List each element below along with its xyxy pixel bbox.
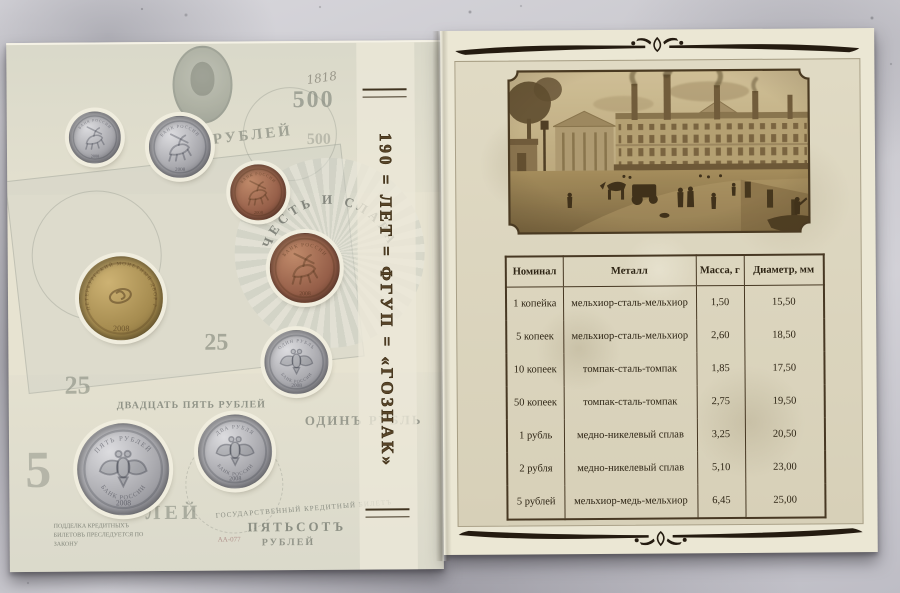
spec-table-row: 5 рублеймельхиор-медь-мельхиор6,4525,00 xyxy=(507,483,825,519)
spec-table-cell: 1,50 xyxy=(696,285,744,319)
engraving-scene xyxy=(502,66,815,236)
spec-table-row: 10 копеектомпак-сталь-томпак1,8517,50 xyxy=(506,351,824,386)
spec-table-cell: 10 копеек xyxy=(506,353,563,386)
coin-1: БАНК РОССИИ2008 xyxy=(69,111,121,163)
spec-table-cell: томпак-сталь-томпак xyxy=(563,352,696,386)
divider-ornament-icon xyxy=(451,524,871,549)
spec-table-cell: 1 рубль xyxy=(507,419,564,452)
coin-5: САНКТ-ПЕТЕРБУРГСКИЙ МОНЕТНЫЙ ДВОР ГОЗНАК… xyxy=(79,256,164,341)
coin-face: БАНК РОССИИ2008 xyxy=(231,165,285,219)
coin-face: БАНК РОССИИ2008 xyxy=(271,234,339,302)
spec-table-cell: 20,50 xyxy=(745,417,825,451)
banknote-text-25-rubles: ДВАДЦАТЬ ПЯТЬ РУБЛЕЙ xyxy=(117,399,266,411)
svg-text:ОДИН РУБЛЬ: ОДИН РУБЛЬ xyxy=(277,339,315,351)
spec-table-cell: 25,00 xyxy=(745,483,825,518)
spec-table-header-row: НоминалМеталлМасса, гДиаметр, мм xyxy=(506,254,824,287)
spec-table-cell: медно-никелевый сплав xyxy=(564,451,697,485)
svg-text:2008: 2008 xyxy=(116,498,131,507)
coin-8: ПЯТЬ РУБЛЕЙ БАНК РОССИИ2008 xyxy=(77,423,170,516)
spec-column-header: Металл xyxy=(563,255,696,286)
spec-table-cell: 1,85 xyxy=(696,352,744,385)
spec-table-cell: 2 рубля xyxy=(507,452,564,485)
spec-table-cell: томпак-сталь-томпак xyxy=(564,385,697,419)
spec-table-row: 1 рубльмедно-никелевый сплав3,2520,50 xyxy=(507,417,825,452)
coin-face: БАНК РОССИИ2008 xyxy=(150,117,210,177)
spine-title: 190 = ЛЕТ = ФГУП = «ГОЗНАК» xyxy=(357,90,416,510)
coin-face: ОДИН РУБЛЬ БАНК РОССИИ2008 xyxy=(265,331,327,393)
banknote-word-rubley: РУБЛЕЙ xyxy=(262,537,316,548)
right-page-specifications: НоминалМеталлМасса, гДиаметр, мм 1 копей… xyxy=(440,28,878,555)
spec-table-row: 5 копеекмельхиор-сталь-мельхиор2,6018,50 xyxy=(506,318,824,353)
banknote-denomination-25: 25 xyxy=(65,371,91,401)
photo-of-coin-album: 500 500 РУБЛЕЙ 1818 25 25 ДВАДЦАТЬ ПЯТЬ … xyxy=(0,0,900,593)
spec-table-cell: 6,45 xyxy=(697,484,745,518)
coin-face: БАНК РОССИИ2008 xyxy=(70,112,120,162)
svg-text:2008: 2008 xyxy=(291,383,302,389)
svg-text:2008: 2008 xyxy=(91,153,100,158)
banknote-big-digit: 5 xyxy=(25,441,51,500)
spec-table-cell: 15,50 xyxy=(744,285,824,319)
banknote-serial: АА-077 xyxy=(218,535,241,543)
coin-face: САНКТ-ПЕТЕРБУРГСКИЙ МОНЕТНЫЙ ДВОР ГОЗНАК… xyxy=(80,257,163,340)
spec-table-cell: мельхиор-сталь-мельхиор xyxy=(563,286,696,320)
svg-text:ДВА РУБЛЯ: ДВА РУБЛЯ xyxy=(215,424,255,437)
spec-column-header: Диаметр, мм xyxy=(744,254,824,285)
coin-3: БАНК РОССИИ2008 xyxy=(230,164,286,220)
banknote-denomination-25: 25 xyxy=(204,330,228,357)
svg-text:2008: 2008 xyxy=(113,324,129,333)
banknote-denomination: 500 xyxy=(307,131,331,149)
banknote-text-500: ПЯТЬСОТЪ xyxy=(248,519,347,536)
spec-table-cell: мельхиор-медь-мельхиор xyxy=(564,484,697,519)
coin-spec-table: НоминалМеталлМасса, гДиаметр, мм 1 копей… xyxy=(505,253,827,520)
svg-text:2008: 2008 xyxy=(175,167,186,173)
mint-factory-engraving xyxy=(502,66,815,236)
spec-table-cell: 2,75 xyxy=(697,385,745,418)
spec-table-row: 1 копейкамельхиор-сталь-мельхиор1,5015,5… xyxy=(506,285,824,321)
coin-4: БАНК РОССИИ2008 xyxy=(270,233,340,303)
spec-table-cell: 23,00 xyxy=(745,450,825,484)
coin-face: ПЯТЬ РУБЛЕЙ БАНК РОССИИ2008 xyxy=(78,424,169,515)
banknote-denomination: 500 xyxy=(293,87,335,114)
spec-table-cell: 18,50 xyxy=(744,318,824,352)
coin-7: ДВА РУБЛЯ БАНК РОССИИ2008 xyxy=(198,414,273,489)
spec-table-cell: 3,25 xyxy=(697,418,745,451)
spec-table-cell: мельхиор-сталь-мельхиор xyxy=(563,319,696,353)
portrait-vignette xyxy=(172,46,233,124)
open-coin-album: 500 500 РУБЛЕЙ 1818 25 25 ДВАДЦАТЬ ПЯТЬ … xyxy=(0,0,900,593)
coin-6: ОДИН РУБЛЬ БАНК РОССИИ2008 xyxy=(264,330,328,394)
spec-table-row: 50 копеектомпак-сталь-томпак2,7519,50 xyxy=(507,384,825,419)
spec-table-cell: 50 копеек xyxy=(507,386,564,419)
spec-column-header: Масса, г xyxy=(696,255,744,286)
spec-table-row: 2 рублямедно-никелевый сплав5,1023,00 xyxy=(507,450,825,485)
divider-ornament-icon xyxy=(447,34,867,59)
spec-table-cell: 19,50 xyxy=(745,384,825,418)
svg-text:2008: 2008 xyxy=(254,210,264,215)
spec-table-cell: 5,10 xyxy=(697,451,745,484)
spec-table-cell: медно-никелевый сплав xyxy=(564,418,697,452)
spec-table-cell: 5 копеек xyxy=(506,320,563,353)
spec-table-cell: 2,60 xyxy=(696,319,744,352)
counterfeit-warning-text: ПОДДЕЛКА КРЕДИТНЫХЪ БИЛЕТОВЪ ПРЕСЛЕДУЕТС… xyxy=(54,522,146,550)
coin-face: ДВА РУБЛЯ БАНК РОССИИ2008 xyxy=(199,415,272,488)
left-page-coin-tray: 500 500 РУБЛЕЙ 1818 25 25 ДВАДЦАТЬ ПЯТЬ … xyxy=(6,40,444,572)
spec-table-cell: 17,50 xyxy=(744,351,824,385)
spec-column-header: Номинал xyxy=(506,256,563,287)
svg-text:2008: 2008 xyxy=(229,476,241,482)
svg-text:2008: 2008 xyxy=(299,291,311,297)
spec-table-cell: 5 рублей xyxy=(507,485,564,519)
spec-table-cell: 1 копейка xyxy=(506,287,563,321)
coin-2: БАНК РОССИИ2008 xyxy=(149,116,211,178)
